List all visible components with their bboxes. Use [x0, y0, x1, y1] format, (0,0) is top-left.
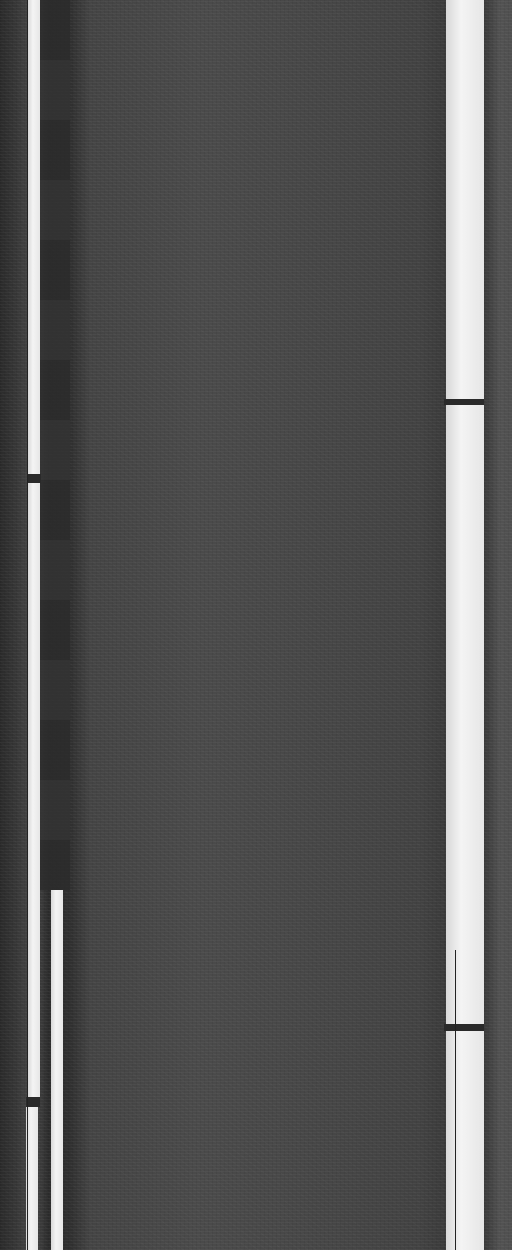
- road-surface: [0, 0, 512, 1250]
- tire-wear-band: [40, 0, 70, 890]
- line-joint: [27, 474, 41, 483]
- secondary-lane-line: [51, 890, 63, 1250]
- crack: [27, 0, 28, 1250]
- right-lane-line: [446, 0, 484, 399]
- asphalt-texture: [0, 0, 512, 1250]
- crack: [455, 950, 456, 1250]
- line-joint: [444, 1024, 484, 1031]
- left-lane-line: [28, 483, 40, 1097]
- line-joint: [26, 1097, 40, 1107]
- left-lane-line: [28, 0, 40, 474]
- right-lane-line: [446, 405, 484, 1024]
- right-lane-line: [446, 1031, 484, 1250]
